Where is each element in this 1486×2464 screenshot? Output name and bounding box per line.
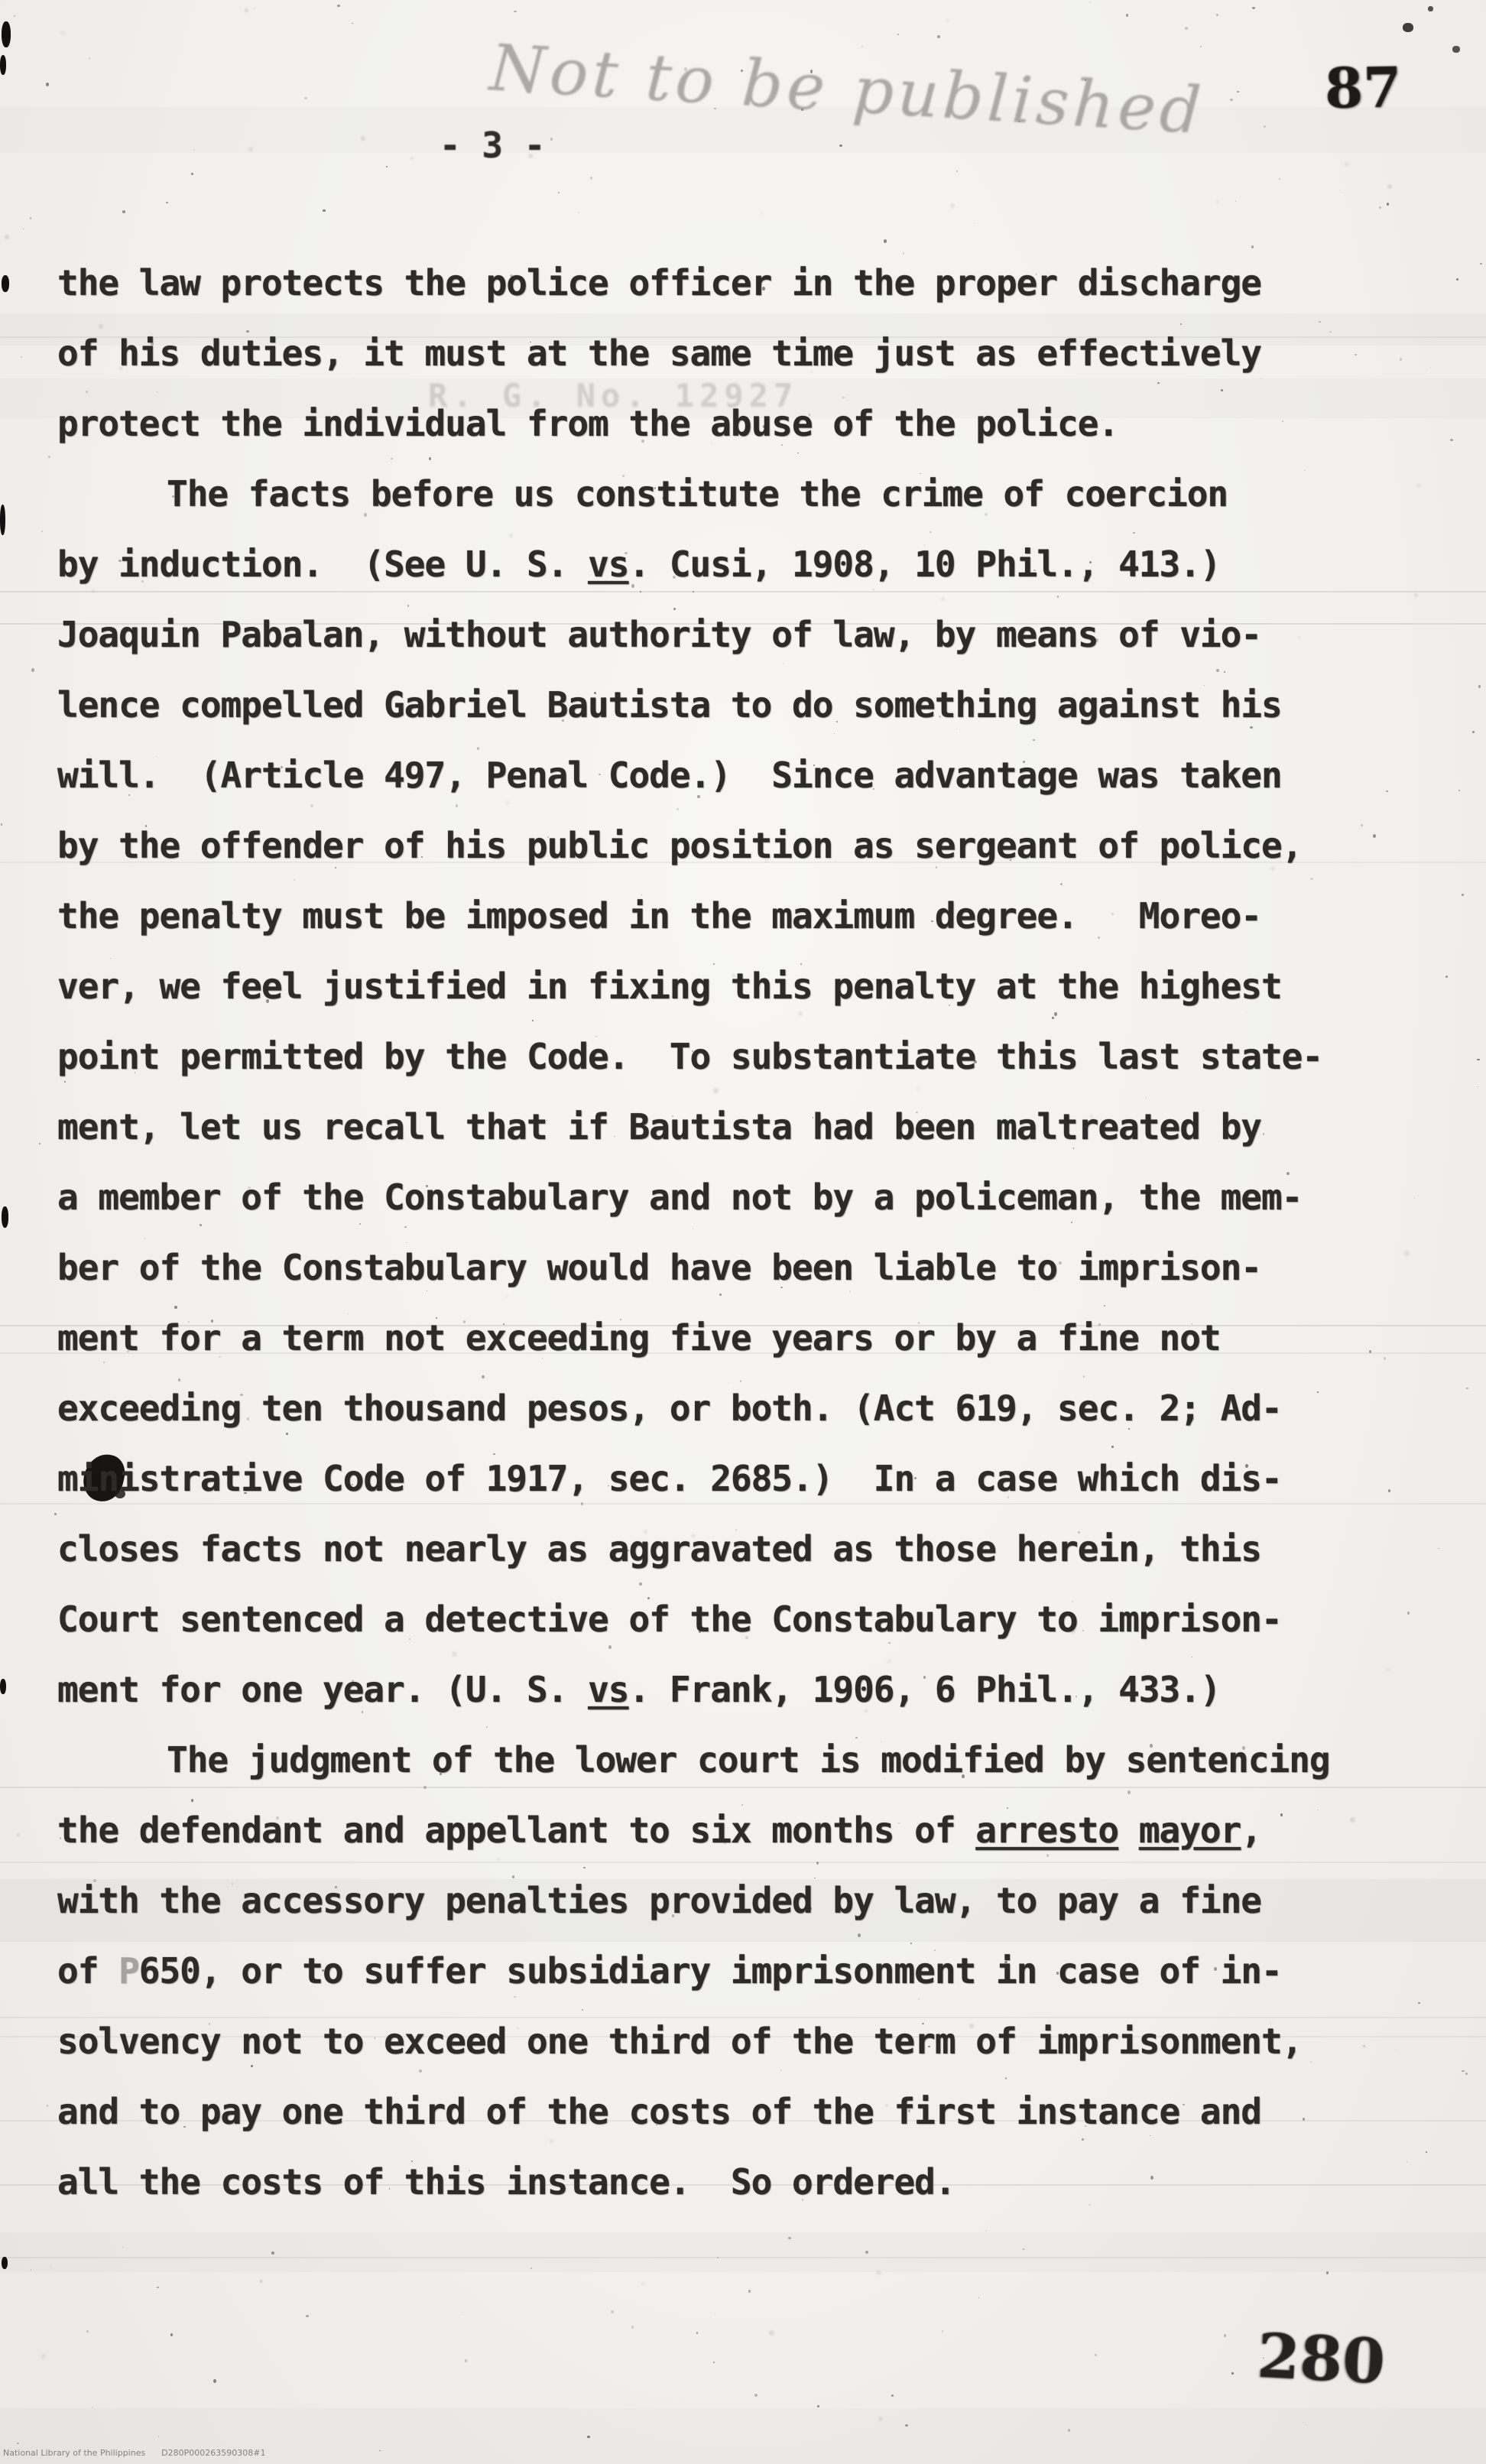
text-line: will. (Article 497, Penal Code.) Since a… [57, 758, 1282, 793]
text-segment: ministrative Code of 1917, sec. 2685.) I… [57, 1458, 1282, 1499]
text-line: of P650, or to suffer subsidiary impriso… [57, 1953, 1282, 1988]
underlined-text: arresto [975, 1810, 1118, 1851]
underlined-text: vs [588, 1669, 628, 1710]
underlined-text: vs [588, 544, 628, 585]
text-segment: ber of the Constabulary would have been … [57, 1247, 1261, 1288]
text-line: ber of the Constabulary would have been … [57, 1250, 1261, 1285]
text-segment: the penalty must be imposed in the maxim… [57, 895, 1261, 937]
document-body: the law protects the police officer in t… [0, 0, 1486, 2464]
text-line: Court sentenced a detective of the Const… [57, 1602, 1282, 1637]
text-segment: closes facts not nearly as aggravated as… [57, 1528, 1261, 1570]
scanned-document-page: Not to be published - 3 - 87 R. G. No. 1… [0, 0, 1486, 2464]
text-line: ministrative Code of 1917, sec. 2685.) I… [57, 1461, 1282, 1496]
text-segment: the defendant and appellant to six month… [57, 1810, 975, 1851]
text-segment: by the offender of his public position a… [57, 825, 1302, 866]
text-line: by induction. (See U. S. vs. Cusi, 1908,… [57, 547, 1221, 582]
text-segment: with the accessory penalties provided by… [57, 1880, 1261, 1921]
text-line: the penalty must be imposed in the maxim… [57, 898, 1261, 933]
text-segment: will. (Article 497, Penal Code.) Since a… [57, 755, 1282, 796]
text-line: all the costs of this instance. So order… [57, 2164, 956, 2199]
text-segment: P [118, 1950, 139, 1992]
text-line: and to pay one third of the costs of the… [57, 2094, 1261, 2129]
text-segment: by induction. (See U. S. [57, 544, 588, 585]
folio-number-stamp: 280 [1256, 2320, 1387, 2398]
text-segment: a member of the Constabulary and not by … [57, 1177, 1302, 1218]
text-line: ver, we feel justified in fixing this pe… [57, 969, 1282, 1004]
text-segment: The facts before us constitute the crime… [167, 473, 1228, 515]
text-segment [1118, 1810, 1139, 1851]
text-line: of his duties, it must at the same time … [57, 336, 1261, 371]
text-segment: Joaquin Pabalan, without authority of la… [57, 614, 1261, 655]
text-line: Joaquin Pabalan, without authority of la… [57, 617, 1261, 652]
text-line: The judgment of the lower court is modif… [57, 1742, 1330, 1777]
text-line: point permitted by the Code. To substant… [57, 1039, 1322, 1074]
text-line: solvency not to exceed one third of the … [57, 2024, 1302, 2059]
text-segment: . Cusi, 1908, 10 Phil., 413.) [628, 544, 1220, 585]
underlined-text: mayor [1139, 1810, 1241, 1851]
text-line: protect the individual from the abuse of… [57, 406, 1118, 441]
text-line: exceeding ten thousand pesos, or both. (… [57, 1391, 1282, 1426]
text-line: ment, let us recall that if Bautista had… [57, 1109, 1261, 1144]
text-line: lence compelled Gabriel Bautista to do s… [57, 687, 1282, 722]
text-segment: solvency not to exceed one third of the … [57, 2021, 1302, 2062]
text-segment: . Frank, 1906, 6 Phil., 433.) [628, 1669, 1220, 1710]
text-segment: ment for a term not exceeding five years… [57, 1317, 1221, 1359]
text-line: closes facts not nearly as aggravated as… [57, 1531, 1261, 1566]
text-segment: and to pay one third of the costs of the… [57, 2091, 1261, 2132]
text-line: the defendant and appellant to six month… [57, 1813, 1261, 1848]
text-line: by the offender of his public position a… [57, 828, 1302, 863]
text-segment: Court sentenced a detective of the Const… [57, 1599, 1282, 1640]
text-segment: protect the individual from the abuse of… [57, 403, 1118, 444]
text-segment: lence compelled Gabriel Bautista to do s… [57, 684, 1282, 726]
text-line: a member of the Constabulary and not by … [57, 1180, 1302, 1215]
text-segment: exceeding ten thousand pesos, or both. (… [57, 1388, 1282, 1429]
text-line: ment for a term not exceeding five years… [57, 1320, 1221, 1355]
text-line: with the accessory penalties provided by… [57, 1883, 1261, 1918]
text-segment: of [57, 1950, 118, 1992]
text-line: ment for one year. (U. S. vs. Frank, 190… [57, 1672, 1221, 1707]
text-segment: ment for one year. (U. S. [57, 1669, 588, 1710]
text-segment: , [1241, 1810, 1261, 1851]
text-segment: ment, let us recall that if Bautista had… [57, 1106, 1261, 1148]
text-segment: point permitted by the Code. To substant… [57, 1036, 1322, 1077]
text-line: The facts before us constitute the crime… [57, 476, 1228, 511]
text-segment: all the costs of this instance. So order… [57, 2161, 956, 2203]
text-segment: 650, or to suffer subsidiary imprisonmen… [139, 1950, 1282, 1992]
text-segment: of his duties, it must at the same time … [57, 333, 1261, 374]
text-segment: The judgment of the lower court is modif… [167, 1739, 1330, 1781]
text-line: the law protects the police officer in t… [57, 265, 1261, 300]
text-segment: ver, we feel justified in fixing this pe… [57, 966, 1282, 1007]
text-segment: the law protects the police officer in t… [57, 262, 1261, 304]
library-watermark: National Library of the Philippines D280… [3, 2448, 265, 2458]
